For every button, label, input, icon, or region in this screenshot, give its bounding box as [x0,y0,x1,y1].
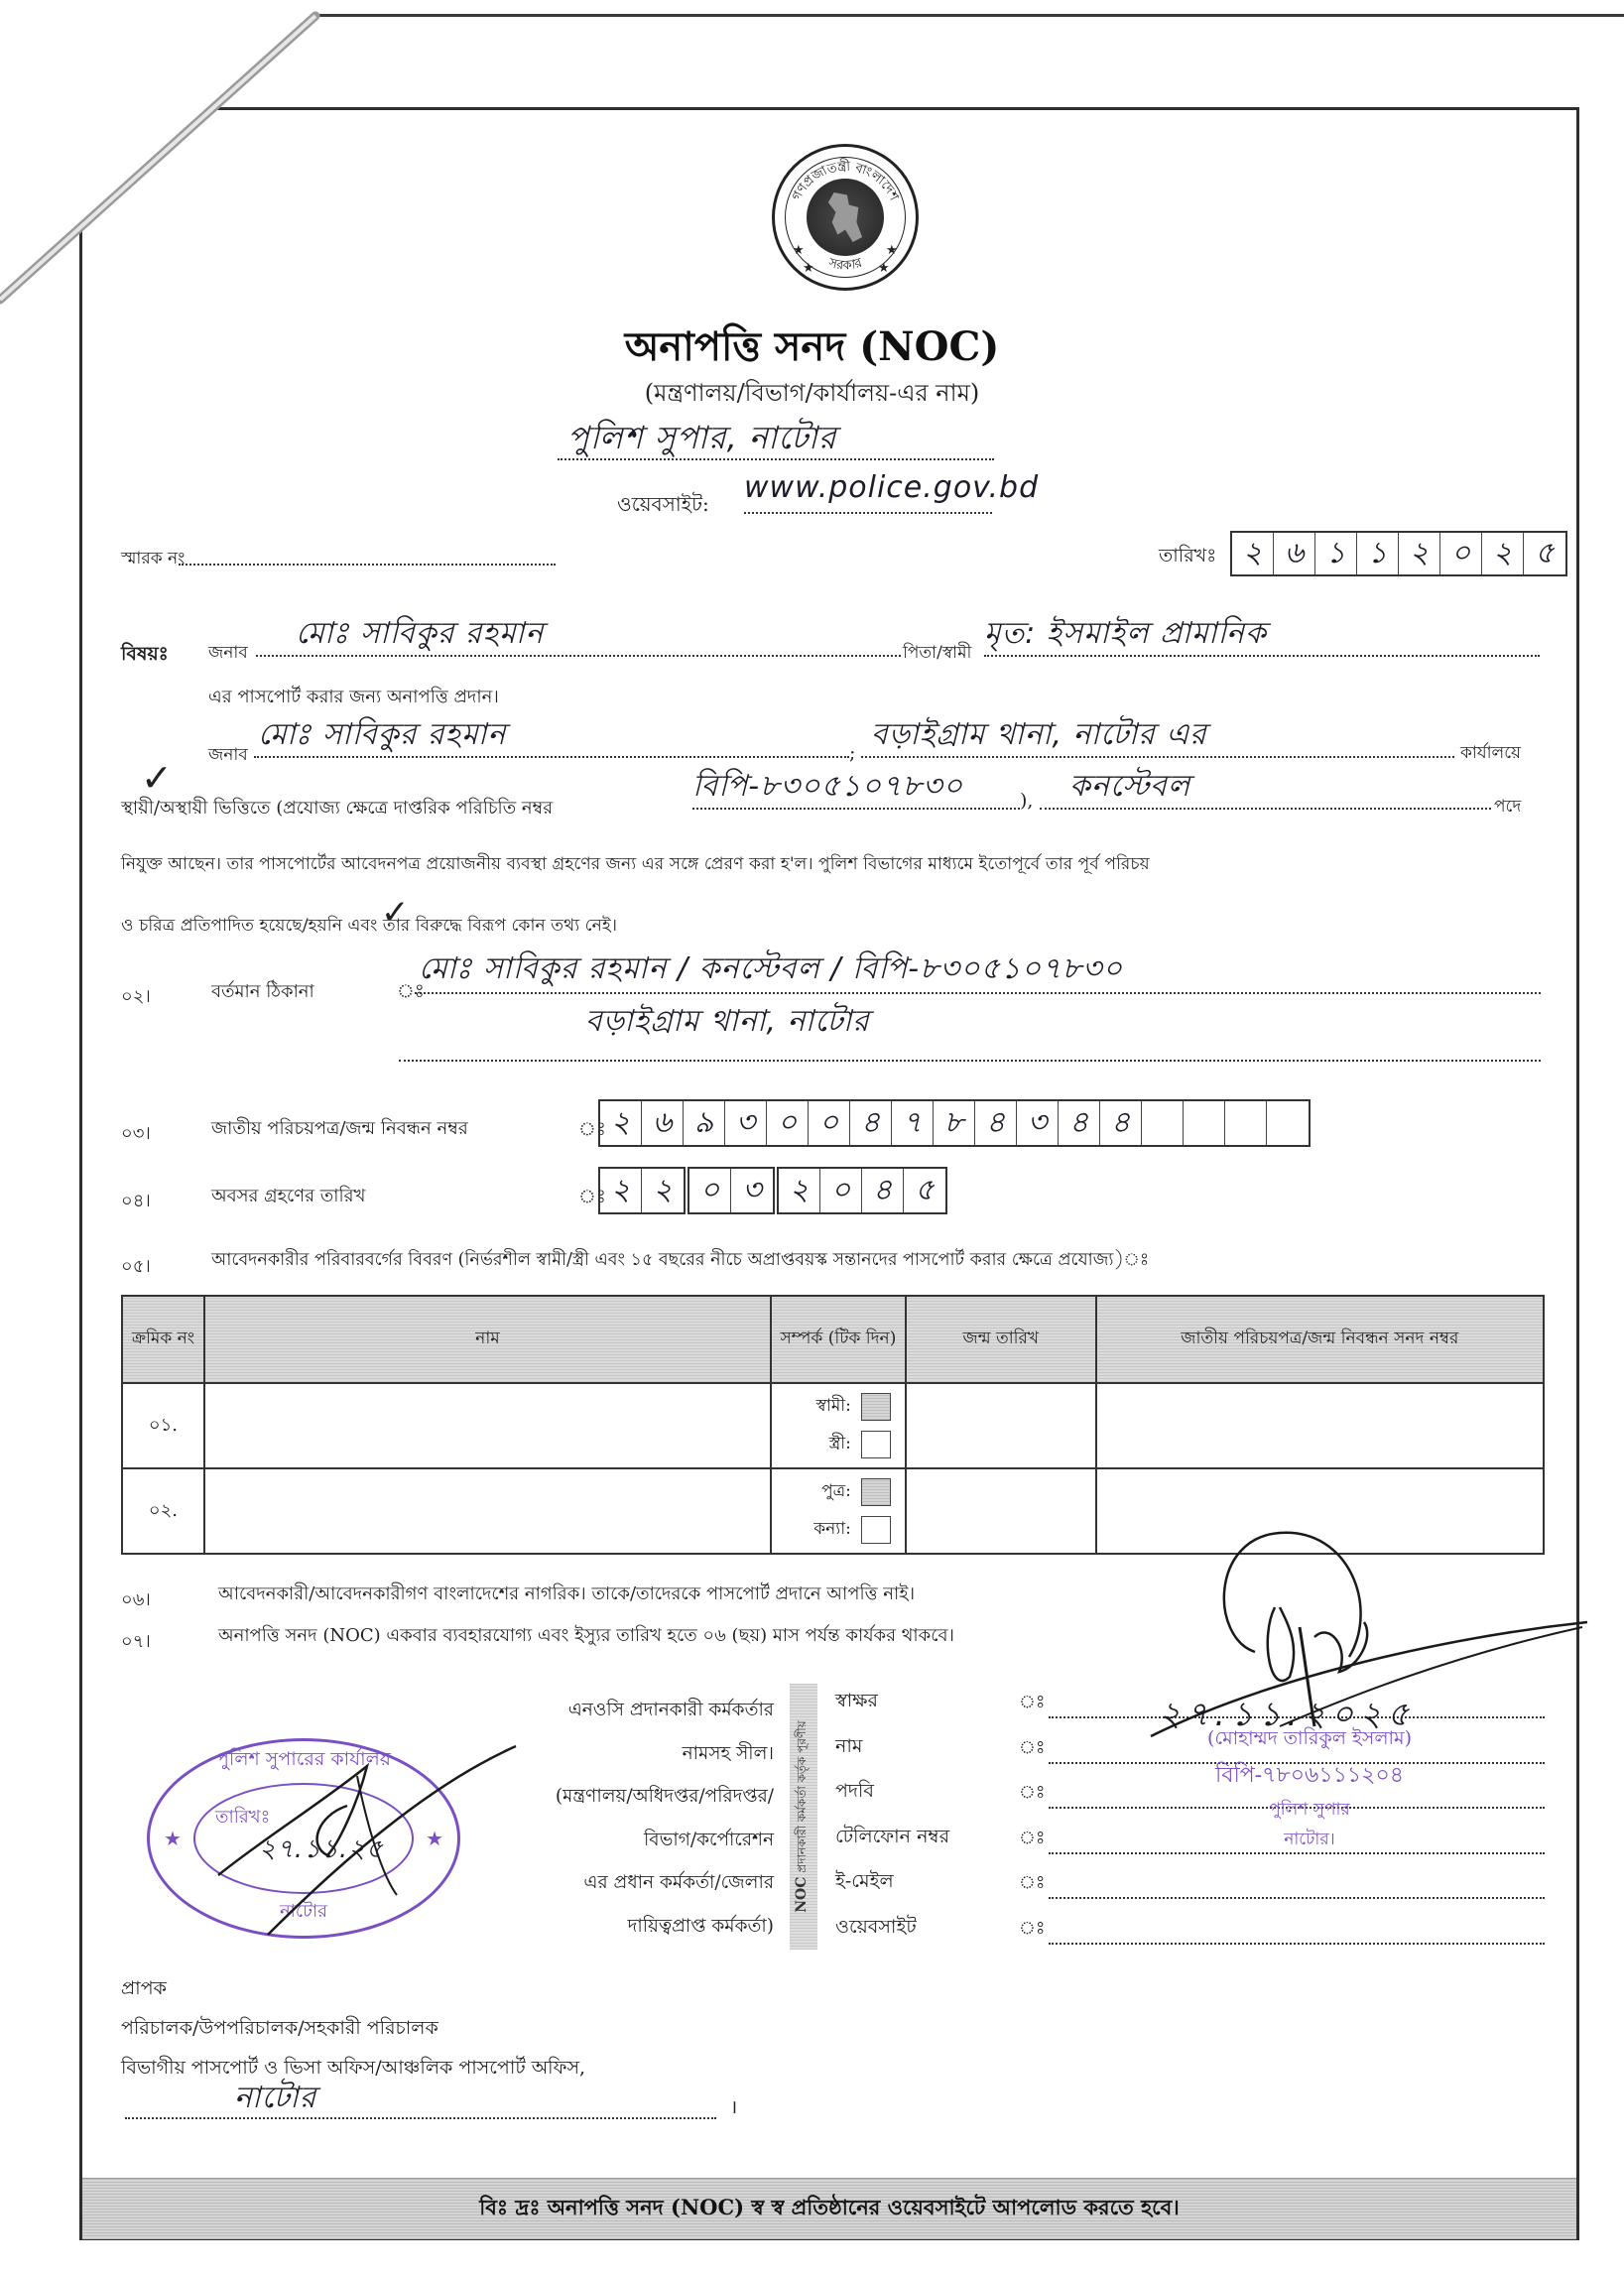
paper-edge-left [0,0,3,298]
svg-text:★: ★ [793,243,805,258]
office-name-field[interactable]: পুলিশ সুপার, নাটোর [558,413,994,460]
officer-field-input[interactable] [1049,1879,1545,1899]
date-digit-box[interactable]: ১ [1315,533,1357,574]
header-relation: সম্পর্ক (টিক দিন) [771,1296,906,1383]
star-icon: ★ [164,1827,182,1850]
officer-field-colon: ঃ [1019,1733,1049,1764]
office-field[interactable]: বড়াইগ্রাম থানা, নাটোর এর [861,710,1454,758]
officer-field-label: স্বাক্ষর [835,1687,1019,1718]
date-label: তারিখঃ [1159,542,1216,573]
row-dob-cell[interactable] [906,1468,1096,1554]
checkbox-wife[interactable] [861,1431,891,1458]
officer-field-label: নাম [835,1732,1019,1764]
officer-field-label: ই-মেইল [835,1867,1019,1899]
date-digit-box[interactable]: ২ [1232,533,1274,574]
separator-paren: ), [1020,790,1033,812]
svg-text:★: ★ [803,261,814,276]
officer-field-colon: ঃ [1019,1914,1049,1945]
retirement-year-boxes[interactable]: ২০৪৫ [777,1167,947,1214]
recipient-location-value: নাটোর [234,2081,316,2115]
retirement-num: ০৪। [121,1187,151,1217]
father-label: পিতা/স্বামী [903,640,971,668]
address-line-1-field[interactable]: মোঃ সাবিকুর রহমান / কনস্টেবল / বিপি-৮৩০৫… [415,945,1541,994]
row-relation-cell: স্বামী: স্ত্রী: [771,1383,906,1468]
recipient-end-mark: । [730,2093,737,2119]
recipient-label: প্রাপক [121,1974,167,2006]
noc-vertical-label: NOC প্রদানকারী কর্মকর্তা কর্তৃক পূরণীয় [790,1684,817,1950]
stamp-officer-bp: বিপি-৭৮০৬১১১২০৪ [1131,1758,1488,1795]
date-digit-box[interactable]: ৫ [1524,533,1565,574]
row-name-cell[interactable] [204,1383,771,1468]
checkbox-husband[interactable] [861,1393,891,1421]
svg-text:★: ★ [878,261,890,276]
paper-edge-top [308,14,1624,17]
nid-digit-box[interactable] [1184,1101,1225,1145]
svg-text:★: ★ [886,243,898,258]
website-label: ওয়েবসাইট: [617,490,709,523]
svg-text:সরকার: সরকার [825,255,864,273]
nid-digit-box[interactable]: ০ [767,1101,809,1145]
retirement-year-digit[interactable]: ৪ [862,1169,904,1212]
nid-label: জাতীয় পরিচয়পত্র/জন্ম নিবন্ধন নম্বর [211,1114,468,1145]
document-title: অনাপত্তি সনদ (NOC) [0,316,1624,382]
emblem-text: গণপ্রজাতন্ত্রী বাংলাদেশ সরকার ★ ★ ★ ★ [775,147,916,288]
header-name: নাম [204,1296,771,1383]
body-name-value: মোঃ সাবিকুর রহমান [258,717,506,752]
relation-label-son: পুত্র: [821,1478,851,1506]
date-digit-box[interactable]: ১ [1357,533,1399,574]
footer-note: বিঃ দ্রঃ অনাপত্তি সনদ (NOC) স্ব স্ব প্রত… [479,2192,1180,2226]
nid-digit-box[interactable]: ০ [809,1101,850,1145]
officer-field-row: ই-মেইলঃ [835,1867,1545,1899]
post-suffix: পদে [1494,794,1521,822]
retirement-day-digit[interactable]: ২ [600,1169,642,1212]
checkbox-son[interactable] [861,1478,891,1506]
address-line-2-value: বড়াইগ্রাম থানা, নাটোর [585,997,870,1048]
date-digit-box[interactable]: ২ [1399,533,1440,574]
header-nid: জাতীয় পরিচয়পত্র/জন্ম নিবন্ধন সনদ নম্বর [1096,1296,1544,1383]
row-relation-cell: পুত্র: কন্যা: [771,1468,906,1554]
nid-digit-box[interactable]: ৪ [975,1101,1017,1145]
janab-label: জনাব [208,640,248,668]
retirement-year-digit[interactable]: ২ [779,1169,820,1212]
address-label: বর্তমান ঠিকানা [211,977,314,1008]
recipient-line-1: পরিচালক/উপপরিচালক/সহকারী পরিচালক [121,2014,438,2046]
date-digit-box[interactable]: ৬ [1274,533,1315,574]
date-digit-box[interactable]: ২ [1482,533,1524,574]
basis-label: স্থায়ী/অস্থায়ী ভিত্তিতে (প্রযোজ্য ক্ষে… [121,794,553,824]
retirement-year-digit[interactable]: ০ [820,1169,862,1212]
nid-digit-box[interactable]: ৪ [1100,1101,1142,1145]
family-num: ০৫। [121,1252,151,1283]
row-dob-cell[interactable] [906,1383,1096,1468]
website-field[interactable]: www.police.gov.bd [744,470,992,514]
designation-value: কনস্টেবল [1069,769,1190,804]
retirement-month-digit[interactable]: ০ [689,1169,731,1212]
officer-field-row: ওয়েবসাইটঃ [835,1913,1545,1945]
official-id-value: বিপি-৮৩০৫১০৭৮৩০ [692,769,963,804]
body-paragraph-line-2: ও চরিত্র প্রতিপাদিত হয়েছে/হয়নি এবং তার… [121,913,617,941]
family-table-header: ক্রমিক নং নাম সম্পর্ক (টিক দিন) জন্ম তার… [122,1296,1544,1383]
nid-digit-box[interactable] [1142,1101,1184,1145]
designation-field[interactable]: কনস্টেবল [1040,762,1491,810]
officer-field-colon: ঃ [1019,1868,1049,1899]
row-nid-cell[interactable] [1096,1383,1544,1468]
body-janab-label: জনাব [208,742,248,770]
citizen-num: ০৬। [121,1585,151,1616]
svg-text:গণপ্রজাতন্ত্রী বাংলাদেশ: গণপ্রজাতন্ত্রী বাংলাদেশ [790,159,902,203]
nid-digit-box[interactable]: ৮ [934,1101,975,1145]
officer-field-colon: ঃ [1019,1824,1049,1854]
row-name-cell[interactable] [204,1468,771,1554]
citizen-text: আবেদনকারী/আবেদনকারীগণ বাংলাদেশের নাগরিক।… [218,1580,915,1610]
applicant-name-value: মোঃ সাবিকুর রহমান [296,616,544,651]
stamp-signature [208,1746,526,1945]
retirement-year-digit[interactable]: ৫ [904,1169,945,1212]
row-serial: ০১. [122,1383,204,1468]
retirement-label: অবসর গ্রহণের তারিখ [211,1182,365,1212]
recipient-location-field[interactable]: নাটোর [125,2074,716,2119]
nid-digit-box[interactable]: ৬ [642,1101,684,1145]
nid-digit-box[interactable]: ৩ [1017,1101,1059,1145]
relation-label-daughter: কন্যা: [813,1516,851,1544]
separator-semicolon: ; [849,742,855,764]
family-label: আবেদনকারীর পরিবারবর্গের বিবরণ (নির্ভরশীল… [211,1247,1149,1276]
document-subtitle: (মন্ত্রণালয়/বিভাগ/কার্যালয়-এর নাম) [0,375,1624,415]
officer-field-colon: ঃ [1019,1688,1049,1718]
footer-note-band: বিঃ দ্রঃ অনাপত্তি সনদ (NOC) স্ব স্ব প্রত… [82,2178,1576,2239]
issuer-description-line: এনওসি প্রদানকারী কর্মকর্তার [397,1689,774,1732]
office-value: বড়াইগ্রাম থানা, নাটোর এর [871,717,1207,752]
retirement-month-boxes[interactable]: ০৩ [687,1167,775,1214]
nid-digit-box[interactable]: ৯ [684,1101,725,1145]
family-table: ক্রমিক নং নাম সম্পর্ক (টিক দিন) জন্ম তার… [121,1295,1545,1555]
memo-label: স্মারক নং [121,546,185,573]
officer-field-label: টেলিফোন নম্বর [835,1823,1019,1854]
nid-digit-box[interactable]: ২ [600,1101,642,1145]
officer-field-colon: ঃ [1019,1778,1049,1809]
nid-num: ০৩। [121,1119,151,1150]
table-row: ০১. স্বামী: স্ত্রী: [122,1383,1544,1468]
retirement-month-digit[interactable]: ৩ [731,1169,773,1212]
header-dob: জন্ম তারিখ [906,1296,1096,1383]
officer-field-label: ওয়েবসাইট [835,1913,1019,1945]
relation-label-wife: স্ত্রী: [829,1431,851,1458]
nid-digit-box[interactable] [1267,1101,1309,1145]
officer-field-label: পদবি [835,1777,1019,1809]
government-emblem: গণপ্রজাতন্ত্রী বাংলাদেশ সরকার ★ ★ ★ ★ [772,144,919,291]
body-paragraph-line-1: নিযুক্ত আছেন। তার পাসপোর্টের আবেদনপত্র প… [121,851,1150,879]
relation-label-husband: স্বামী: [816,1393,851,1421]
validity-num: ০৭। [121,1627,151,1658]
father-name-value: মৃত: ইসমাইল প্রামানিক [984,616,1267,651]
purpose-line: এর পাসপোর্ট করার জন্য অনাপত্তি প্রদান। [208,683,499,713]
website-value: www.police.gov.bd [744,470,1039,505]
nid-digit-box[interactable]: ৪ [1059,1101,1100,1145]
row-serial: ০২. [122,1468,204,1554]
address-line-2-field[interactable] [399,1042,1541,1062]
checkbox-daughter[interactable] [861,1516,891,1544]
date-digit-box[interactable]: ০ [1440,533,1482,574]
body-name-field[interactable]: মোঃ সাবিকুর রহমান [254,710,849,758]
nid-digit-box[interactable]: ৪ [850,1101,892,1145]
retirement-day-boxes[interactable]: ২২ [598,1167,686,1214]
nid-boxes[interactable]: ২৬৯৩০০৪৭৮৪৩৪৪ [598,1099,1311,1147]
subject-label: বিষয়ঃ [121,640,169,672]
office-name-value: পুলিশ সুপার, নাটোর [567,419,836,456]
officer-signature [1151,1528,1587,1746]
nid-digit-box[interactable]: ৩ [725,1101,767,1145]
address-num: ০২। [121,982,151,1013]
validity-text: অনাপত্তি সনদ (NOC) একবার ব্যবহারযোগ্য এব… [218,1621,954,1652]
applicant-name-field[interactable]: মোঃ সাবিকুর রহমান [256,609,901,657]
retirement-day-digit[interactable]: ২ [642,1169,684,1212]
nid-digit-box[interactable]: ৭ [892,1101,934,1145]
issue-date-boxes[interactable]: ২৬১১২০২৫ [1230,531,1567,576]
stamp-officer-rank: পুলিশ সুপার [1131,1797,1488,1825]
nid-digit-box[interactable] [1225,1101,1267,1145]
officer-field-input[interactable] [1049,1925,1545,1945]
official-id-field[interactable]: বিপি-৮৩০৫১০৭৮৩০ [692,762,1020,810]
header-serial: ক্রমিক নং [122,1296,204,1383]
father-name-field[interactable]: মৃত: ইসমাইল প্রামানিক [984,609,1540,657]
stamp-officer-district: নাটোর। [1131,1827,1488,1854]
address-line-1-value: মোঃ সাবিকুর রহমান / কনস্টেবল / বিপি-৮৩০৫… [419,951,1123,986]
memo-number-field[interactable] [179,548,556,566]
